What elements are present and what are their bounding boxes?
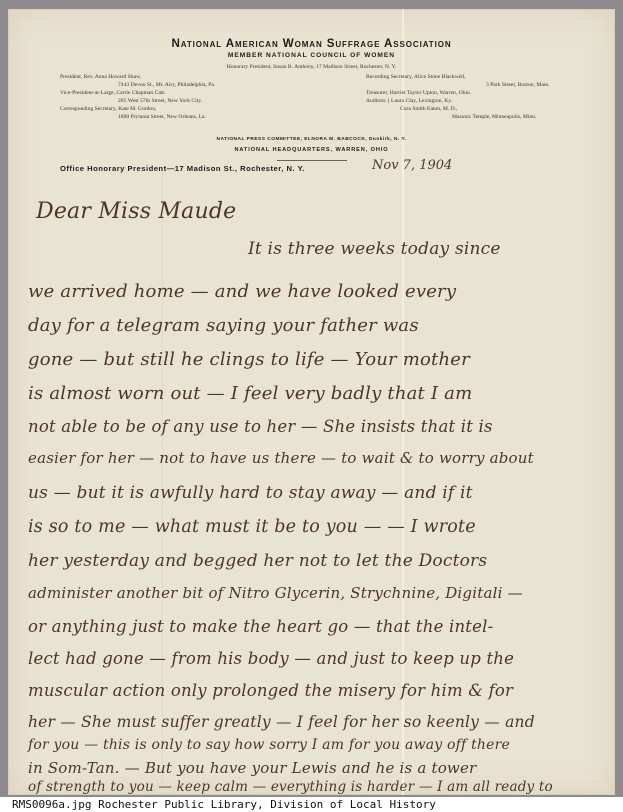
letter-line: not able to be of any use to her — She i…: [28, 417, 493, 436]
letter-line: or anything just to make the heart go — …: [28, 617, 493, 636]
letterhead-divider: [277, 160, 347, 161]
letter-line: easier for her — not to have us there — …: [28, 449, 534, 467]
letter-line: we arrived home — and we have looked eve…: [28, 281, 456, 302]
letter-line: lect had gone — from his body — and just…: [28, 649, 514, 668]
letterhead-office-line: Office Honorary President—17 Madison St.…: [60, 164, 305, 173]
letterhead-headquarters: NATIONAL HEADQUARTERS, WARREN, OHIO: [8, 147, 615, 153]
letter-line: muscular action only prolonged the miser…: [28, 681, 513, 700]
letter-line: is almost worn out — I feel very badly t…: [28, 383, 472, 404]
letterhead-title: National American Woman Suffrage Associa…: [8, 37, 615, 50]
letter-line: in Som-Tan. — But you have your Lewis an…: [28, 759, 476, 777]
letterhead-honorary-president: Honorary President, Susan B. Anthony, 17…: [8, 64, 615, 70]
letter-line: her — She must suffer greatly — I feel f…: [28, 713, 535, 731]
letter-line: of strength to you — keep calm — everyth…: [28, 779, 553, 795]
officer-line: Cora Smith Eaton, M. D.,: [400, 105, 458, 113]
letter-page: National American Woman Suffrage Associa…: [8, 9, 615, 795]
letter-line: day for a telegram saying your father wa…: [28, 315, 419, 336]
officer-line: 3 Park Street, Boston, Mass.: [486, 81, 550, 89]
letterhead-member-line: MEMBER NATIONAL COUNCIL OF WOMEN: [8, 52, 615, 59]
letter-line: gone — but still he clings to life — You…: [28, 349, 470, 370]
letterhead-press-committee: NATIONAL PRESS COMMITTEE, ELNORA M. BABC…: [8, 137, 615, 142]
letter-line: administer another bit of Nitro Glycerin…: [28, 584, 523, 602]
officer-line: Recording Secretary, Alice Stone Blackwe…: [366, 73, 466, 81]
salutation: Dear Miss Maude: [36, 199, 236, 224]
image-caption: RMS0096a.jpg Rochester Public Library, D…: [0, 797, 623, 812]
letter-line: her yesterday and begged her not to let …: [28, 551, 487, 571]
letter-line: us — but it is awfully hard to stay away…: [28, 483, 473, 503]
officer-line: 1800 Prytania Street, New Orleans, La.: [118, 113, 206, 121]
letter-line: is so to me — what must it be to you — —…: [28, 517, 476, 537]
letter-date: Nov 7, 1904: [372, 158, 452, 173]
officer-line: Masonic Temple, Minneapolis, Minn.: [452, 113, 536, 121]
letter-line: It is three weeks today since: [248, 239, 501, 259]
letter-line: for you — this is only to say how sorry …: [28, 737, 510, 753]
